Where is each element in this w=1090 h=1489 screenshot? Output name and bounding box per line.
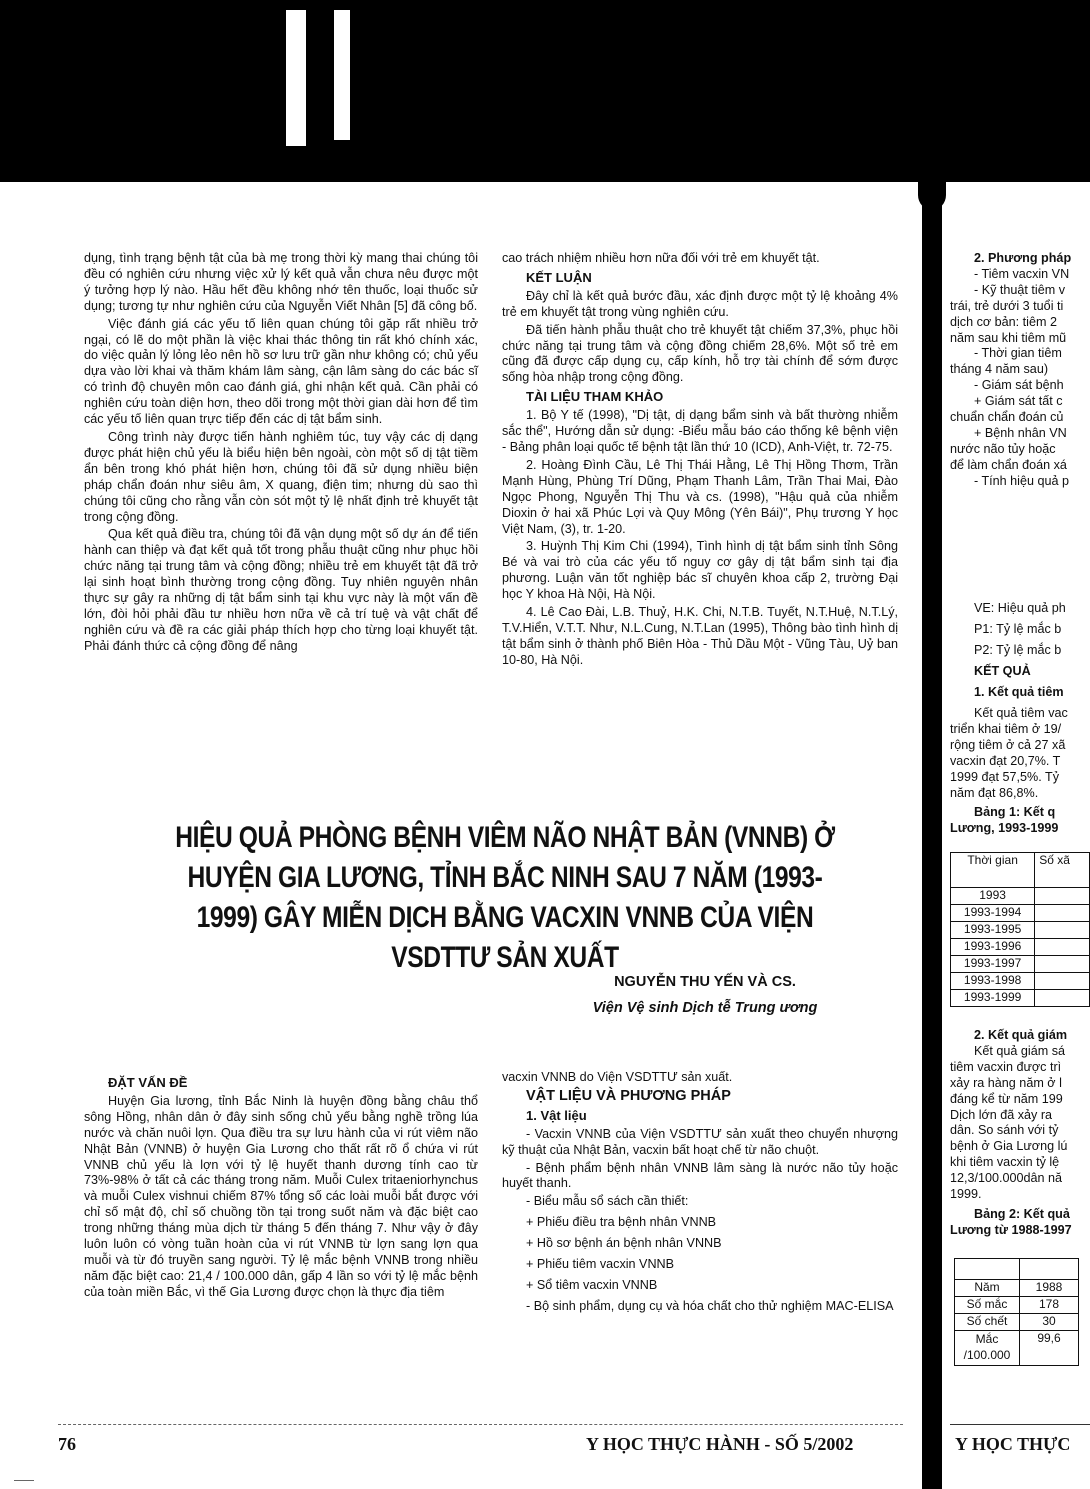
table-cell: 99,6 [1020, 1331, 1079, 1366]
text-line: Kết quả tiêm vac [950, 706, 1090, 722]
methods-heading: VẬT LIỆU VÀ PHƯƠNG PHÁP [526, 1089, 898, 1105]
text-line: triển khai tiêm ở 19/ [950, 722, 1090, 738]
table-row: 1993-1994 [951, 905, 1090, 922]
text-line: bệnh ở Gia Lương lú [950, 1139, 1090, 1155]
paragraph: Đã tiến hành phẫu thuật cho trẻ khuyết t… [502, 323, 898, 387]
text-line: P2: Tỷ lệ mắc b [950, 640, 1090, 661]
text-line: - Tiêm vacxin VN [950, 267, 1090, 283]
table-row: Mắc /100.00099,6 [955, 1331, 1079, 1366]
list-item: + Sổ tiêm vacxin VNNB [502, 1278, 898, 1294]
paragraph: Đây chỉ là kết quả bước đầu, xác định đư… [502, 289, 898, 321]
text-line: - Thời gian tiêm [950, 346, 1090, 362]
intro-heading: ĐẶT VẤN ĐỀ [108, 1075, 478, 1091]
paragraph: - Bộ sinh phẩm, dụng cụ và hóa chất cho … [502, 1299, 898, 1315]
next-page-table-1: Thời gian Số xã 1993 1993-1994 1993-1995… [950, 852, 1090, 1007]
paragraph: Qua kết quả điều tra, chúng tôi đã vận d… [84, 527, 478, 654]
paragraph: dụng, tình trạng bệnh tật của bà mẹ tron… [84, 251, 478, 315]
article-column-2: vacxin VNNB do Viện VSDTTƯ sản xuất. VẬT… [502, 1070, 898, 1317]
table-cell: 1993-1996 [951, 939, 1035, 956]
article-affiliation: Viện Vệ sinh Dịch tễ Trung ương [500, 1000, 910, 1016]
methods-subheading: 2. Phương pháp [974, 251, 1071, 265]
page-gutter-shadow [922, 182, 942, 1489]
text-line: dân. So sánh với tỷ [950, 1123, 1090, 1139]
header-black-band [0, 0, 1090, 182]
text-line: nước não tủy hoặc [950, 442, 1090, 458]
page-number: 76 [58, 1434, 76, 1455]
table-row [955, 1259, 1079, 1280]
paragraph: - Vacxin VNNB của Viện VSDTTƯ sản xuất t… [502, 1127, 898, 1159]
table-cell: 178 [1020, 1297, 1079, 1314]
table-cell: Số mắc [955, 1297, 1020, 1314]
reference-item: 4. Lê Cao Đài, L.B. Thuỷ, H.K. Chi, N.T.… [502, 605, 898, 669]
footer-divider [950, 1424, 1090, 1425]
table-row: 1993-1997 [951, 956, 1090, 973]
text-line: Dịch lớn đã xảy ra [950, 1108, 1090, 1124]
text-line: - Kỹ thuật tiêm v [950, 283, 1090, 299]
table-cell [1020, 1259, 1079, 1280]
article-author: NGUYỄN THU YẾN VÀ CS. [500, 974, 910, 990]
text-line: + Giám sát tất c [950, 394, 1090, 410]
text-line: tháng 4 năm sau) [950, 362, 1090, 378]
text-line: + Bệnh nhân VN [950, 426, 1090, 442]
prev-article-column-1: dụng, tình trạng bệnh tật của bà mẹ tron… [84, 251, 478, 657]
table-cell: 30 [1020, 1314, 1079, 1331]
article-title: HIỆU QUẢ PHÒNG BỆNH VIÊM NÃO NHẬT BẢN (V… [163, 818, 847, 978]
paragraph: Công trình này được tiến hành nghiêm túc… [84, 430, 478, 525]
reference-item: 1. Bộ Y tế (1998), "Dị tật, dị dạng bẩm … [502, 408, 898, 456]
table-cell: 1993-1997 [951, 956, 1035, 973]
table-row: Số mắc178 [955, 1297, 1079, 1314]
table1-caption: Lương, 1993-1999 [950, 821, 1058, 835]
conclusion-heading: KẾT LUẬN [526, 270, 898, 286]
table1-caption: Bảng 1: Kết q [974, 805, 1055, 819]
table-cell [955, 1259, 1020, 1280]
scan-artifact [14, 1480, 34, 1481]
text-line: tiêm vacxin được trì [950, 1060, 1090, 1076]
table-row: 1993-1999 [951, 990, 1090, 1007]
header-slot [286, 10, 306, 146]
text-line: dịch cơ bản: tiêm 2 [950, 315, 1090, 331]
reference-item: 2. Hoàng Đình Cầu, Lê Thị Thái Hằng, Lê … [502, 458, 898, 538]
text-line: năm sau khi tiêm mũ [950, 331, 1090, 347]
text-line: trái, trẻ dưới 3 tuổi ti [950, 299, 1090, 315]
text-line: đáng kể từ năm 199 [950, 1092, 1090, 1108]
reference-item: 3. Huỳnh Thị Kim Chi (1994), Tình hình d… [502, 539, 898, 603]
list-item: + Hồ sơ bệnh án bệnh nhân VNNB [502, 1236, 898, 1252]
table-cell: Năm [955, 1280, 1020, 1297]
table2-caption: Lương từ 1988-1997 [950, 1223, 1072, 1237]
table-1: Thời gian Số xã 1993 1993-1994 1993-1995… [950, 852, 1090, 1007]
table-row: Năm1988 [955, 1280, 1079, 1297]
article-column-1: ĐẶT VẤN ĐỀ Huyện Gia lương, tỉnh Bắc Nin… [84, 1072, 478, 1303]
results-heading: KẾT QUẢ [974, 664, 1031, 678]
next-page-formula-legend: VE: Hiệu quả ph P1: Tỷ lệ mắc b P2: Tỷ l… [950, 598, 1090, 703]
text-line: vacxin đạt 20,7%. T [950, 754, 1090, 770]
text-line: chuẩn chẩn đoán củ [950, 410, 1090, 426]
text-line: 12,3/100.000dân nă [950, 1171, 1090, 1187]
table-cell: 1993-1999 [951, 990, 1035, 1007]
table-row: Số chết30 [955, 1314, 1079, 1331]
results-subheading: 2. Kết quả giám [974, 1028, 1067, 1042]
footer-divider [58, 1424, 903, 1425]
journal-footer-next-page: Y HỌC THỰC [955, 1434, 1070, 1455]
table-row: 1993 [951, 888, 1090, 905]
table-cell: Mắc /100.000 [955, 1331, 1020, 1366]
text-line: - Giám sát bệnh [950, 378, 1090, 394]
paragraph: vacxin VNNB do Viện VSDTTƯ sản xuất. [502, 1070, 898, 1086]
paragraph: cao trách nhiệm nhiều hơn nữa đối với tr… [502, 251, 898, 267]
list-item: + Phiếu tiêm vacxin VNNB [502, 1257, 898, 1273]
next-page-results-text: Kết quả tiêm vac triển khai tiêm ở 19/ r… [950, 706, 1090, 837]
text-line: - Tính hiệu quả p [950, 474, 1090, 490]
next-page-surveillance-text: 2. Kết quả giám Kết quả giám sá tiêm vac… [950, 1028, 1090, 1239]
paragraph: Huyện Gia lương, tỉnh Bắc Ninh là huyện … [84, 1094, 478, 1301]
journal-footer: Y HỌC THỰC HÀNH - SỐ 5/2002 [586, 1434, 853, 1455]
results-subheading: 1. Kết quả tiêm [974, 685, 1064, 699]
header-slot [334, 10, 350, 140]
paragraph: - Bệnh phẩm bệnh nhân VNNB lâm sàng là n… [502, 1161, 898, 1193]
table-cell: Số chết [955, 1314, 1020, 1331]
text-line: 1999 đạt 57,5%. Tỷ [950, 770, 1090, 786]
list-item: + Phiếu điều tra bệnh nhân VNNB [502, 1215, 898, 1231]
table-cell: 1993 [951, 888, 1035, 905]
table-row: 1993-1996 [951, 939, 1090, 956]
next-page-table-2: Năm1988 Số mắc178 Số chết30 Mắc /100.000… [954, 1258, 1090, 1366]
text-line: Kết quả giám sá [950, 1044, 1090, 1060]
text-line: khi tiêm vacxin tỷ lệ [950, 1155, 1090, 1171]
table-header-row: Thời gian Số xã [951, 853, 1090, 888]
paragraph: Việc đánh giá các yếu tố liên quan chúng… [84, 317, 478, 428]
table-header-cell: Thời gian [951, 853, 1035, 888]
text-line: để làm chẩn đoán xá [950, 458, 1090, 474]
text-line: xảy ra hàng năm ở l [950, 1076, 1090, 1092]
references-heading: TÀI LIỆU THAM KHẢO [526, 389, 898, 405]
table-cell: 1993-1994 [951, 905, 1035, 922]
table-2: Năm1988 Số mắc178 Số chết30 Mắc /100.000… [954, 1258, 1079, 1366]
table-cell: 1993-1998 [951, 973, 1035, 990]
table-row: 1993-1995 [951, 922, 1090, 939]
text-line: VE: Hiệu quả ph [950, 598, 1090, 619]
materials-heading: 1. Vật liệu [526, 1108, 898, 1124]
table-row: 1993-1998 [951, 973, 1090, 990]
text-line: rộng tiêm ở cả 27 xã [950, 738, 1090, 754]
table-cell: 1993-1995 [951, 922, 1035, 939]
list-item: - Biểu mẫu sổ sách cần thiết: [502, 1194, 898, 1210]
table-header-cell: Số xã [1035, 853, 1090, 888]
table-cell: 1988 [1020, 1280, 1079, 1297]
table2-caption: Bảng 2: Kết quả [974, 1207, 1070, 1221]
prev-article-column-2: cao trách nhiệm nhiều hơn nữa đối với tr… [502, 251, 898, 671]
text-line: 1999. [950, 1187, 1090, 1203]
next-page-fragment-top: 2. Phương pháp - Tiêm vacxin VN - Kỹ thu… [950, 251, 1090, 490]
text-line: năm đạt 86,8%. [950, 786, 1090, 802]
text-line: P1: Tỷ lệ mắc b [950, 619, 1090, 640]
